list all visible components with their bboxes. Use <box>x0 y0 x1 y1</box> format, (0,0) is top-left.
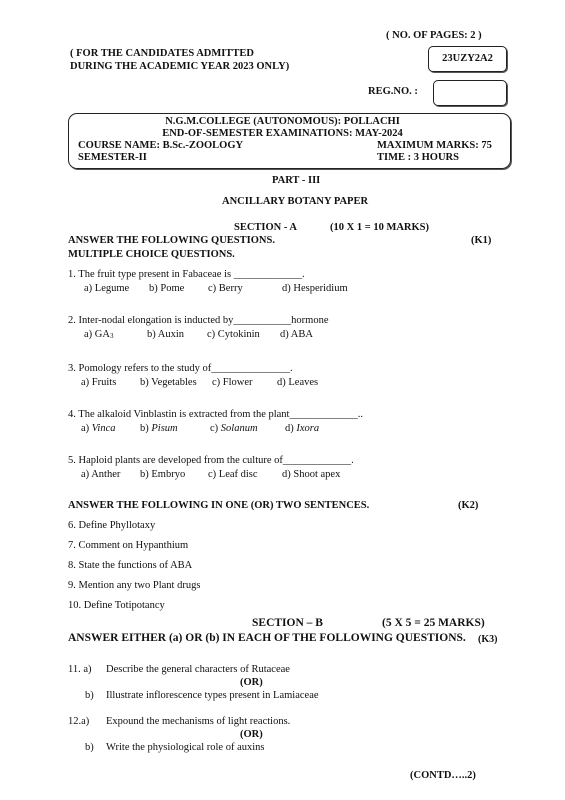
short-question-7: 7. Comment on Hypanthium <box>68 540 188 551</box>
q12-a: Expound the mechanisms of light reaction… <box>106 716 290 727</box>
mcq-2-option-a: a) GA3 <box>84 329 113 340</box>
mcq-question-1: 1. The fruit type present in Fabaceae is… <box>68 269 305 280</box>
q11-a: Describe the general characters of Rutac… <box>106 664 290 675</box>
paper-title: ANCILLARY BOTANY PAPER <box>222 196 368 207</box>
mcq-3-option-a: a) Fruits <box>81 377 116 388</box>
mcq-5-option-a: a) Anther <box>81 469 120 480</box>
q12-number: 12.a) <box>68 716 89 727</box>
part-title: PART - III <box>272 175 320 186</box>
section-a-marks: (10 X 1 = 10 MARKS) <box>330 222 429 233</box>
college-name: N.G.M.COLLEGE (AUTONOMOUS): POLLACHI <box>0 116 565 127</box>
q11-number: 11. a) <box>68 664 92 675</box>
mcq-2-option-a-text: a) GA <box>84 329 110 340</box>
q11-b-number: b) <box>85 690 94 701</box>
mcq-3-option-d: d) Leaves <box>277 377 318 388</box>
reg-no-label: REG.NO. : <box>368 86 418 97</box>
mcq-3-option-b: b) Vegetables <box>140 377 197 388</box>
mcq-4-option-a: a) Vinca <box>81 423 116 434</box>
mcq-1-option-d: d) Hesperidium <box>282 283 348 294</box>
section-b-instruction: ANSWER EITHER (a) OR (b) IN EACH OF THE … <box>68 632 466 644</box>
mcq-4-option-a-text: Vinca <box>92 423 116 434</box>
mcq-question-3: 3. Pomology refers to the study of______… <box>68 363 293 374</box>
semester: SEMESTER-II <box>78 152 147 163</box>
mcq-5-option-c: c) Leaf disc <box>208 469 258 480</box>
mcq-4-option-c: c) Solanum <box>210 423 258 434</box>
q11-b: Illustrate inflorescence types present i… <box>106 690 319 701</box>
mcq-question-5: 5. Haploid plants are developed from the… <box>68 455 354 466</box>
mcq-1-option-a: a) Legume <box>84 283 129 294</box>
section-b-marks: (5 X 5 = 25 MARKS) <box>382 617 485 629</box>
section-b-level: (K3) <box>478 634 497 645</box>
section-b-title: SECTION – B <box>252 617 323 629</box>
mcq-5-option-d: d) Shoot apex <box>282 469 340 480</box>
mcq-2-option-c: c) Cytokinin <box>207 329 260 340</box>
max-marks: MAXIMUM MARKS: 75 <box>377 140 492 151</box>
mcq-5-option-b: b) Embryo <box>140 469 185 480</box>
short-question-8: 8. State the functions of ABA <box>68 560 192 571</box>
reg-no-field[interactable] <box>433 80 507 106</box>
admitted-line-1: ( FOR THE CANDIDATES ADMITTED <box>70 48 254 59</box>
mcq-2-option-a-sub: 3 <box>110 332 114 340</box>
short-answer-level: (K2) <box>458 500 478 511</box>
q12-b: Write the physiological role of auxins <box>106 742 265 753</box>
mcq-4-option-b: b) Pisum <box>140 423 178 434</box>
q11-or: (OR) <box>240 677 263 688</box>
time: TIME : 3 HOURS <box>377 152 459 163</box>
short-answer-instruction: ANSWER THE FOLLOWING IN ONE (OR) TWO SEN… <box>68 500 369 511</box>
mcq-1-option-c: c) Berry <box>208 283 243 294</box>
short-question-10: 10. Define Totipotancy <box>68 600 165 611</box>
mcq-2-option-b: b) Auxin <box>147 329 184 340</box>
section-a-level: (K1) <box>471 235 491 246</box>
short-question-6: 6. Define Phyllotaxy <box>68 520 155 531</box>
subject-code-box: 23UZY2A2 <box>428 46 507 72</box>
course-name: COURSE NAME: B.Sc.-ZOOLOGY <box>78 140 243 151</box>
mcq-subheading: MULTIPLE CHOICE QUESTIONS. <box>68 249 235 260</box>
short-question-9: 9. Mention any two Plant drugs <box>68 580 200 591</box>
subject-code: 23UZY2A2 <box>429 47 506 71</box>
mcq-2-option-d: d) ABA <box>280 329 313 340</box>
exam-title: END-OF-SEMESTER EXAMINATIONS: MAY-2024 <box>0 128 565 139</box>
section-a-instruction: ANSWER THE FOLLOWING QUESTIONS. <box>68 235 275 246</box>
mcq-3-option-c: c) Flower <box>212 377 253 388</box>
continued-label: (CONTD…..2) <box>410 770 476 781</box>
admitted-line-2: DURING THE ACADEMIC YEAR 2023 ONLY) <box>70 61 289 72</box>
section-a-title: SECTION - A <box>234 222 297 233</box>
q12-b-number: b) <box>85 742 94 753</box>
mcq-question-2: 2. Inter-nodal elongation is inducted by… <box>68 315 329 326</box>
no-of-pages: ( NO. OF PAGES: 2 ) <box>386 30 482 41</box>
mcq-4-option-d: d) Ixora <box>285 423 319 434</box>
mcq-question-4: 4. The alkaloid Vinblastin is extracted … <box>68 409 363 420</box>
mcq-1-option-b: b) Pome <box>149 283 184 294</box>
q12-or: (OR) <box>240 729 263 740</box>
